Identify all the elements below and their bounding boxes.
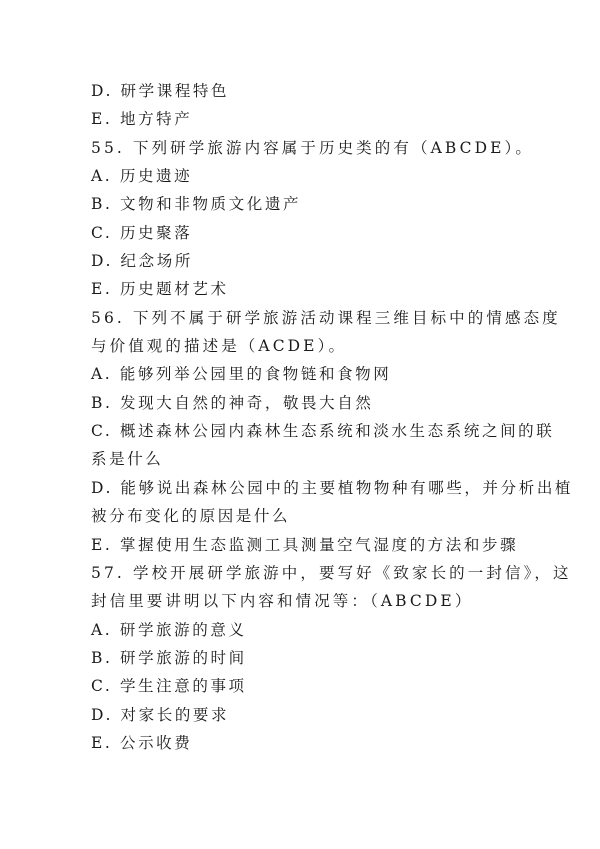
option-54-d: D. 研学课程特色 bbox=[91, 77, 521, 105]
question-57-line-1: 57. 学校开展研学旅游中，要写好《致家长的一封信》，这 bbox=[91, 559, 521, 587]
question-56-line-1: 56. 下列不属于研学旅游活动课程三维目标中的情感态度 bbox=[91, 304, 521, 332]
question-56-line-2: 与价值观的描述是（ACDE）。 bbox=[91, 332, 521, 360]
option-56-d-line-2: 被分布变化的原因是什么 bbox=[91, 502, 521, 530]
option-55-d: D. 纪念场所 bbox=[91, 247, 521, 275]
question-57-line-2: 封信里要讲明以下内容和情况等：（ABCDE） bbox=[91, 587, 521, 615]
option-55-b: B. 文物和非物质文化遗产 bbox=[91, 190, 521, 218]
option-57-d: D. 对家长的要求 bbox=[91, 701, 521, 729]
option-56-a: A. 能够列举公园里的食物链和食物网 bbox=[91, 360, 521, 388]
option-55-c: C. 历史聚落 bbox=[91, 219, 521, 247]
option-54-e: E. 地方特产 bbox=[91, 105, 521, 133]
option-56-d-line-1: D. 能够说出森林公园中的主要植物物种有哪些，并分析出植 bbox=[91, 474, 521, 502]
document-page: D. 研学课程特色 E. 地方特产 55. 下列研学旅游内容属于历史类的有（AB… bbox=[91, 77, 521, 757]
option-57-a: A. 研学旅游的意义 bbox=[91, 616, 521, 644]
option-56-e: E. 掌握使用生态监测工具测量空气湿度的方法和步骤 bbox=[91, 531, 521, 559]
option-55-a: A. 历史遗迹 bbox=[91, 162, 521, 190]
option-57-c: C. 学生注意的事项 bbox=[91, 672, 521, 700]
option-57-b: B. 研学旅游的时间 bbox=[91, 644, 521, 672]
question-55: 55. 下列研学旅游内容属于历史类的有（ABCDE）。 bbox=[91, 134, 521, 162]
option-57-e: E. 公示收费 bbox=[91, 729, 521, 757]
option-56-c-line-2: 系是什么 bbox=[91, 445, 521, 473]
option-56-c-line-1: C. 概述森林公园内森林生态系统和淡水生态系统之间的联 bbox=[91, 417, 521, 445]
option-56-b: B. 发现大自然的神奇，敬畏大自然 bbox=[91, 389, 521, 417]
option-55-e: E. 历史题材艺术 bbox=[91, 275, 521, 303]
